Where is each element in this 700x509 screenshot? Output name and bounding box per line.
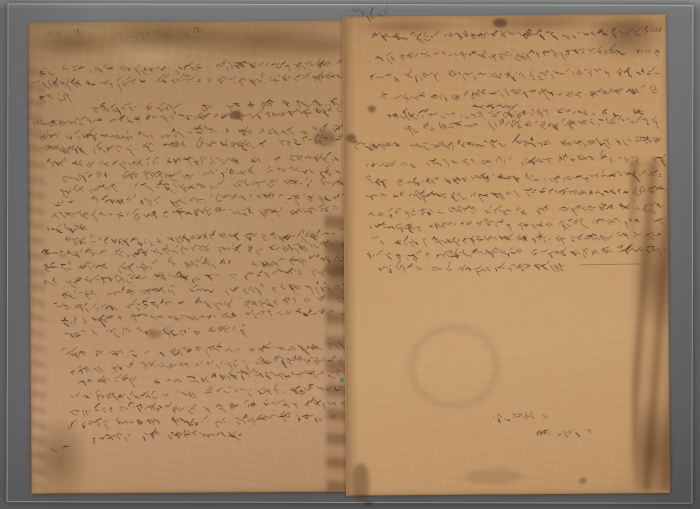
handwriting-line: [70, 381, 352, 403]
handwriting-line: [62, 307, 351, 328]
ink-stroke: [42, 239, 346, 259]
faded-heading: [43, 28, 243, 63]
ink-stroke: [85, 397, 321, 416]
handwriting-line: [581, 264, 641, 265]
ink-stroke: [33, 106, 342, 130]
handwriting-line: [93, 427, 241, 444]
handwriting-line: [78, 365, 343, 390]
ink-stroke: [86, 383, 353, 401]
handwriting-line: [368, 201, 663, 220]
ink-stroke: [78, 365, 343, 390]
backing-speck: [364, 502, 372, 506]
handwriting-line: [388, 105, 644, 122]
handwriting-line: [366, 169, 661, 188]
ink-stroke: [68, 410, 336, 431]
ink-stroke: [55, 189, 344, 208]
ink-stroke: [45, 132, 345, 158]
ink-stroke: [70, 325, 244, 338]
handwriting-line: [33, 69, 345, 93]
ink-stroke: [581, 264, 641, 265]
ink-stroke: [68, 135, 340, 157]
ink-stroke: [380, 85, 657, 103]
ink-stroke: [372, 26, 662, 44]
scanner-bed: [0, 0, 700, 509]
handwriting-line: [372, 26, 662, 44]
handwriting-line: [45, 132, 345, 158]
handwriting-line: [65, 325, 246, 341]
ink-stroke: [370, 214, 667, 235]
ink-stroke: [70, 396, 348, 418]
handwriting-line: [60, 174, 345, 198]
handwriting-line: [372, 229, 661, 248]
ink-stroke: [62, 281, 346, 299]
ink-stroke: [366, 169, 661, 187]
ink-stroke: [38, 93, 71, 103]
ink-stroke: [70, 381, 348, 403]
handwriting-line: [51, 446, 69, 453]
handwriting-line: [62, 280, 350, 301]
ink-stroke: [60, 174, 344, 198]
ink-stroke: [408, 119, 649, 132]
ink-stroke: [82, 166, 329, 185]
interlinear-note: [466, 102, 514, 116]
handwriting-line: [367, 149, 666, 173]
handwriting-line: [375, 43, 659, 65]
ink-stroke: [62, 307, 349, 328]
ink-stroke: [64, 446, 69, 447]
ink-stroke: [62, 338, 350, 364]
handwriting-left: [29, 22, 347, 493]
handwriting-line: [62, 338, 350, 364]
handwriting-line: [52, 203, 350, 223]
ink-stroke: [375, 170, 661, 188]
ink-stroke: [366, 184, 668, 204]
page-right: [342, 14, 670, 496]
handwriting-line: [54, 292, 349, 314]
ink-stroke: [370, 67, 648, 84]
ink-stroke: [71, 412, 317, 428]
handwriting-line: [370, 214, 667, 235]
ink-stroke: [391, 202, 661, 217]
corner-scribble: [343, 11, 393, 31]
handwriting-line: [380, 85, 657, 103]
ink-stroke: [52, 203, 350, 223]
ink-stroke: [47, 152, 331, 168]
ink-stroke: [62, 164, 340, 184]
ink-stroke: [99, 430, 241, 444]
handwriting-line: [40, 121, 348, 143]
handwriting-line: [70, 396, 348, 418]
handwriting-line: [33, 106, 342, 130]
handwriting-line: [68, 410, 336, 431]
ink-stroke: [100, 96, 337, 115]
ink-stroke: [368, 201, 663, 220]
ink-stroke: [57, 292, 350, 314]
ink-stroke: [387, 43, 659, 64]
handwriting-line: [367, 244, 667, 263]
ink-stroke: [367, 149, 666, 170]
backing-sheet: [6, 3, 693, 503]
handwriting-line: [62, 164, 340, 186]
ink-stroke: [372, 152, 665, 173]
handwriting-line: [370, 65, 660, 84]
ink-stroke: [354, 136, 661, 153]
ink-stroke: [40, 122, 348, 144]
ink-stroke: [353, 132, 648, 151]
ink-stroke: [64, 307, 351, 325]
ink-stroke: [33, 69, 345, 93]
date-annotation: [486, 416, 596, 459]
ink-stroke: [395, 231, 661, 245]
ink-stroke: [54, 294, 347, 312]
handwriting-line: [366, 184, 668, 204]
handwriting-line: [379, 258, 564, 277]
ink-stroke: [80, 227, 329, 247]
handwriting-line: [353, 132, 660, 154]
ink-stroke: [54, 71, 339, 86]
ink-stroke: [372, 229, 661, 248]
handwriting-line: [38, 93, 71, 103]
ink-stroke: [65, 325, 246, 341]
handwriting-line: [48, 223, 87, 233]
page-left: [28, 21, 348, 494]
ink-stroke: [388, 105, 643, 121]
ink-stroke: [51, 223, 87, 233]
ink-stroke: [381, 258, 564, 277]
